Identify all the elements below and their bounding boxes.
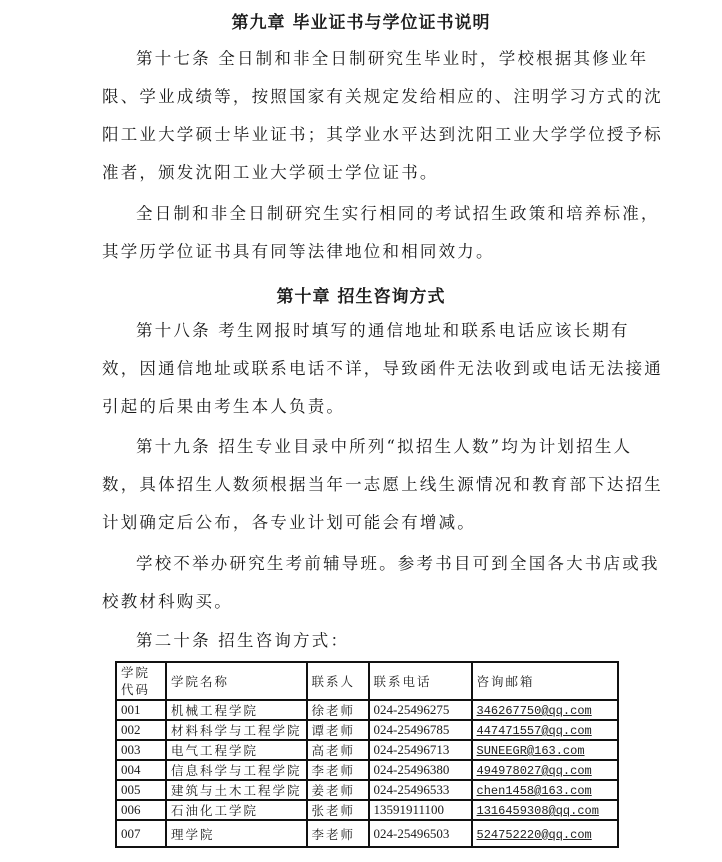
article-19: 第十九条 招生专业目录中所列“拟招生人数”均为计划招生人 数，具体招生人数须根据…	[102, 428, 624, 542]
paragraph-line: 其学历学位证书具有同等法律地位和相同效力。	[102, 233, 624, 271]
cell-contact: 张老师	[307, 800, 369, 820]
email-link[interactable]: 447471557@qq.com	[477, 724, 592, 738]
article-17-line: 第十七条 全日制和非全日制研究生毕业时，学校根据其修业年	[102, 40, 624, 78]
cell-contact: 李老师	[307, 760, 369, 780]
header-phone: 联系电话	[369, 662, 472, 700]
article-17-line: 阳工业大学硕士毕业证书；其学业水平达到沈阳工业大学学位授予标	[102, 116, 624, 154]
email-link[interactable]: chen1458@163.com	[477, 784, 592, 798]
cell-phone: 024-25496503	[369, 820, 472, 847]
contact-table: 学院 代码 学院名称 联系人 联系电话 咨询邮箱 001 机械工程学院 徐老师 …	[115, 661, 619, 848]
cell-name: 信息科学与工程学院	[166, 760, 307, 780]
cell-contact: 姜老师	[307, 780, 369, 800]
cell-code: 003	[116, 740, 166, 760]
cell-contact: 高老师	[307, 740, 369, 760]
cell-code: 006	[116, 800, 166, 820]
article-19-line: 第十九条 招生专业目录中所列“拟招生人数”均为计划招生人	[102, 428, 624, 466]
cell-code: 002	[116, 720, 166, 740]
cell-name: 材料科学与工程学院	[166, 720, 307, 740]
header-name: 学院名称	[166, 662, 307, 700]
cell-code: 001	[116, 700, 166, 720]
article-18-line: 引起的后果由考生本人负责。	[102, 388, 624, 426]
cell-contact: 李老师	[307, 820, 369, 847]
table-row: 002 材料科学与工程学院 谭老师 024-25496785 447471557…	[116, 720, 618, 740]
cell-email[interactable]: 1316459308@qq.com	[472, 800, 618, 820]
email-link[interactable]: 494978027@qq.com	[477, 764, 592, 778]
cell-phone: 024-25496380	[369, 760, 472, 780]
cell-name: 石油化工学院	[166, 800, 307, 820]
email-link[interactable]: 346267750@qq.com	[477, 704, 592, 718]
article-20-line: 第二十条 招生咨询方式：	[102, 622, 624, 660]
header-code: 学院 代码	[116, 662, 166, 700]
cell-name: 电气工程学院	[166, 740, 307, 760]
cell-email[interactable]: chen1458@163.com	[472, 780, 618, 800]
table-row: 007 理学院 李老师 024-25496503 524752220@qq.co…	[116, 820, 618, 847]
email-link[interactable]: 1316459308@qq.com	[477, 804, 599, 818]
cell-phone: 024-25496275	[369, 700, 472, 720]
article-17-line: 准者，颁发沈阳工业大学硕士学位证书。	[102, 154, 624, 192]
email-link[interactable]: 524752220@qq.com	[477, 828, 592, 842]
table-row: 001 机械工程学院 徐老师 024-25496275 346267750@qq…	[116, 700, 618, 720]
article-18: 第十八条 考生网报时填写的通信地址和联系电话应该长期有 效，因通信地址或联系电话…	[102, 312, 624, 426]
paragraph-line: 学校不举办研究生考前辅导班。参考书目可到全国各大书店或我	[102, 545, 624, 583]
cell-contact: 徐老师	[307, 700, 369, 720]
cell-name: 建筑与土木工程学院	[166, 780, 307, 800]
cell-code: 005	[116, 780, 166, 800]
article-19-line: 计划确定后公布，各专业计划可能会有增减。	[102, 504, 624, 542]
cell-name: 机械工程学院	[166, 700, 307, 720]
header-contact: 联系人	[307, 662, 369, 700]
article-19-line: 数，具体招生人数须根据当年一志愿上线生源情况和教育部下达招生	[102, 466, 624, 504]
cell-code: 004	[116, 760, 166, 780]
paragraph-line: 校教材科购买。	[102, 583, 624, 621]
cell-code: 007	[116, 820, 166, 847]
table-row: 005 建筑与土木工程学院 姜老师 024-25496533 chen1458@…	[116, 780, 618, 800]
article-20: 第二十条 招生咨询方式：	[102, 622, 624, 660]
chapter-10-title: 第十章 招生咨询方式	[0, 282, 722, 307]
cell-phone: 024-25496785	[369, 720, 472, 740]
equal-status-paragraph: 全日制和非全日制研究生实行相同的考试招生政策和培养标准， 其学历学位证书具有同等…	[102, 195, 624, 271]
cell-phone: 024-25496533	[369, 780, 472, 800]
cell-phone: 024-25496713	[369, 740, 472, 760]
cell-contact: 谭老师	[307, 720, 369, 740]
paragraph-line: 全日制和非全日制研究生实行相同的考试招生政策和培养标准，	[102, 195, 624, 233]
cell-email[interactable]: 447471557@qq.com	[472, 720, 618, 740]
chapter-9-title: 第九章 毕业证书与学位证书说明	[0, 8, 722, 33]
reference-books-paragraph: 学校不举办研究生考前辅导班。参考书目可到全国各大书店或我 校教材科购买。	[102, 545, 624, 621]
cell-email[interactable]: 524752220@qq.com	[472, 820, 618, 847]
cell-email[interactable]: 346267750@qq.com	[472, 700, 618, 720]
header-email: 咨询邮箱	[472, 662, 618, 700]
cell-email[interactable]: 494978027@qq.com	[472, 760, 618, 780]
table-header-row: 学院 代码 学院名称 联系人 联系电话 咨询邮箱	[116, 662, 618, 700]
article-18-line: 第十八条 考生网报时填写的通信地址和联系电话应该长期有	[102, 312, 624, 350]
cell-email[interactable]: SUNEEGR@163.com	[472, 740, 618, 760]
cell-phone: 13591911100	[369, 800, 472, 820]
table-row: 004 信息科学与工程学院 李老师 024-25496380 494978027…	[116, 760, 618, 780]
table-row: 003 电气工程学院 高老师 024-25496713 SUNEEGR@163.…	[116, 740, 618, 760]
cell-name: 理学院	[166, 820, 307, 847]
email-link[interactable]: SUNEEGR@163.com	[477, 744, 585, 758]
article-17-line: 限、学业成绩等，按照国家有关规定发给相应的、注明学习方式的沈	[102, 78, 624, 116]
article-18-line: 效，因通信地址或联系电话不详，导致函件无法收到或电话无法接通	[102, 350, 624, 388]
article-17: 第十七条 全日制和非全日制研究生毕业时，学校根据其修业年 限、学业成绩等，按照国…	[102, 40, 624, 192]
table-row: 006 石油化工学院 张老师 13591911100 1316459308@qq…	[116, 800, 618, 820]
